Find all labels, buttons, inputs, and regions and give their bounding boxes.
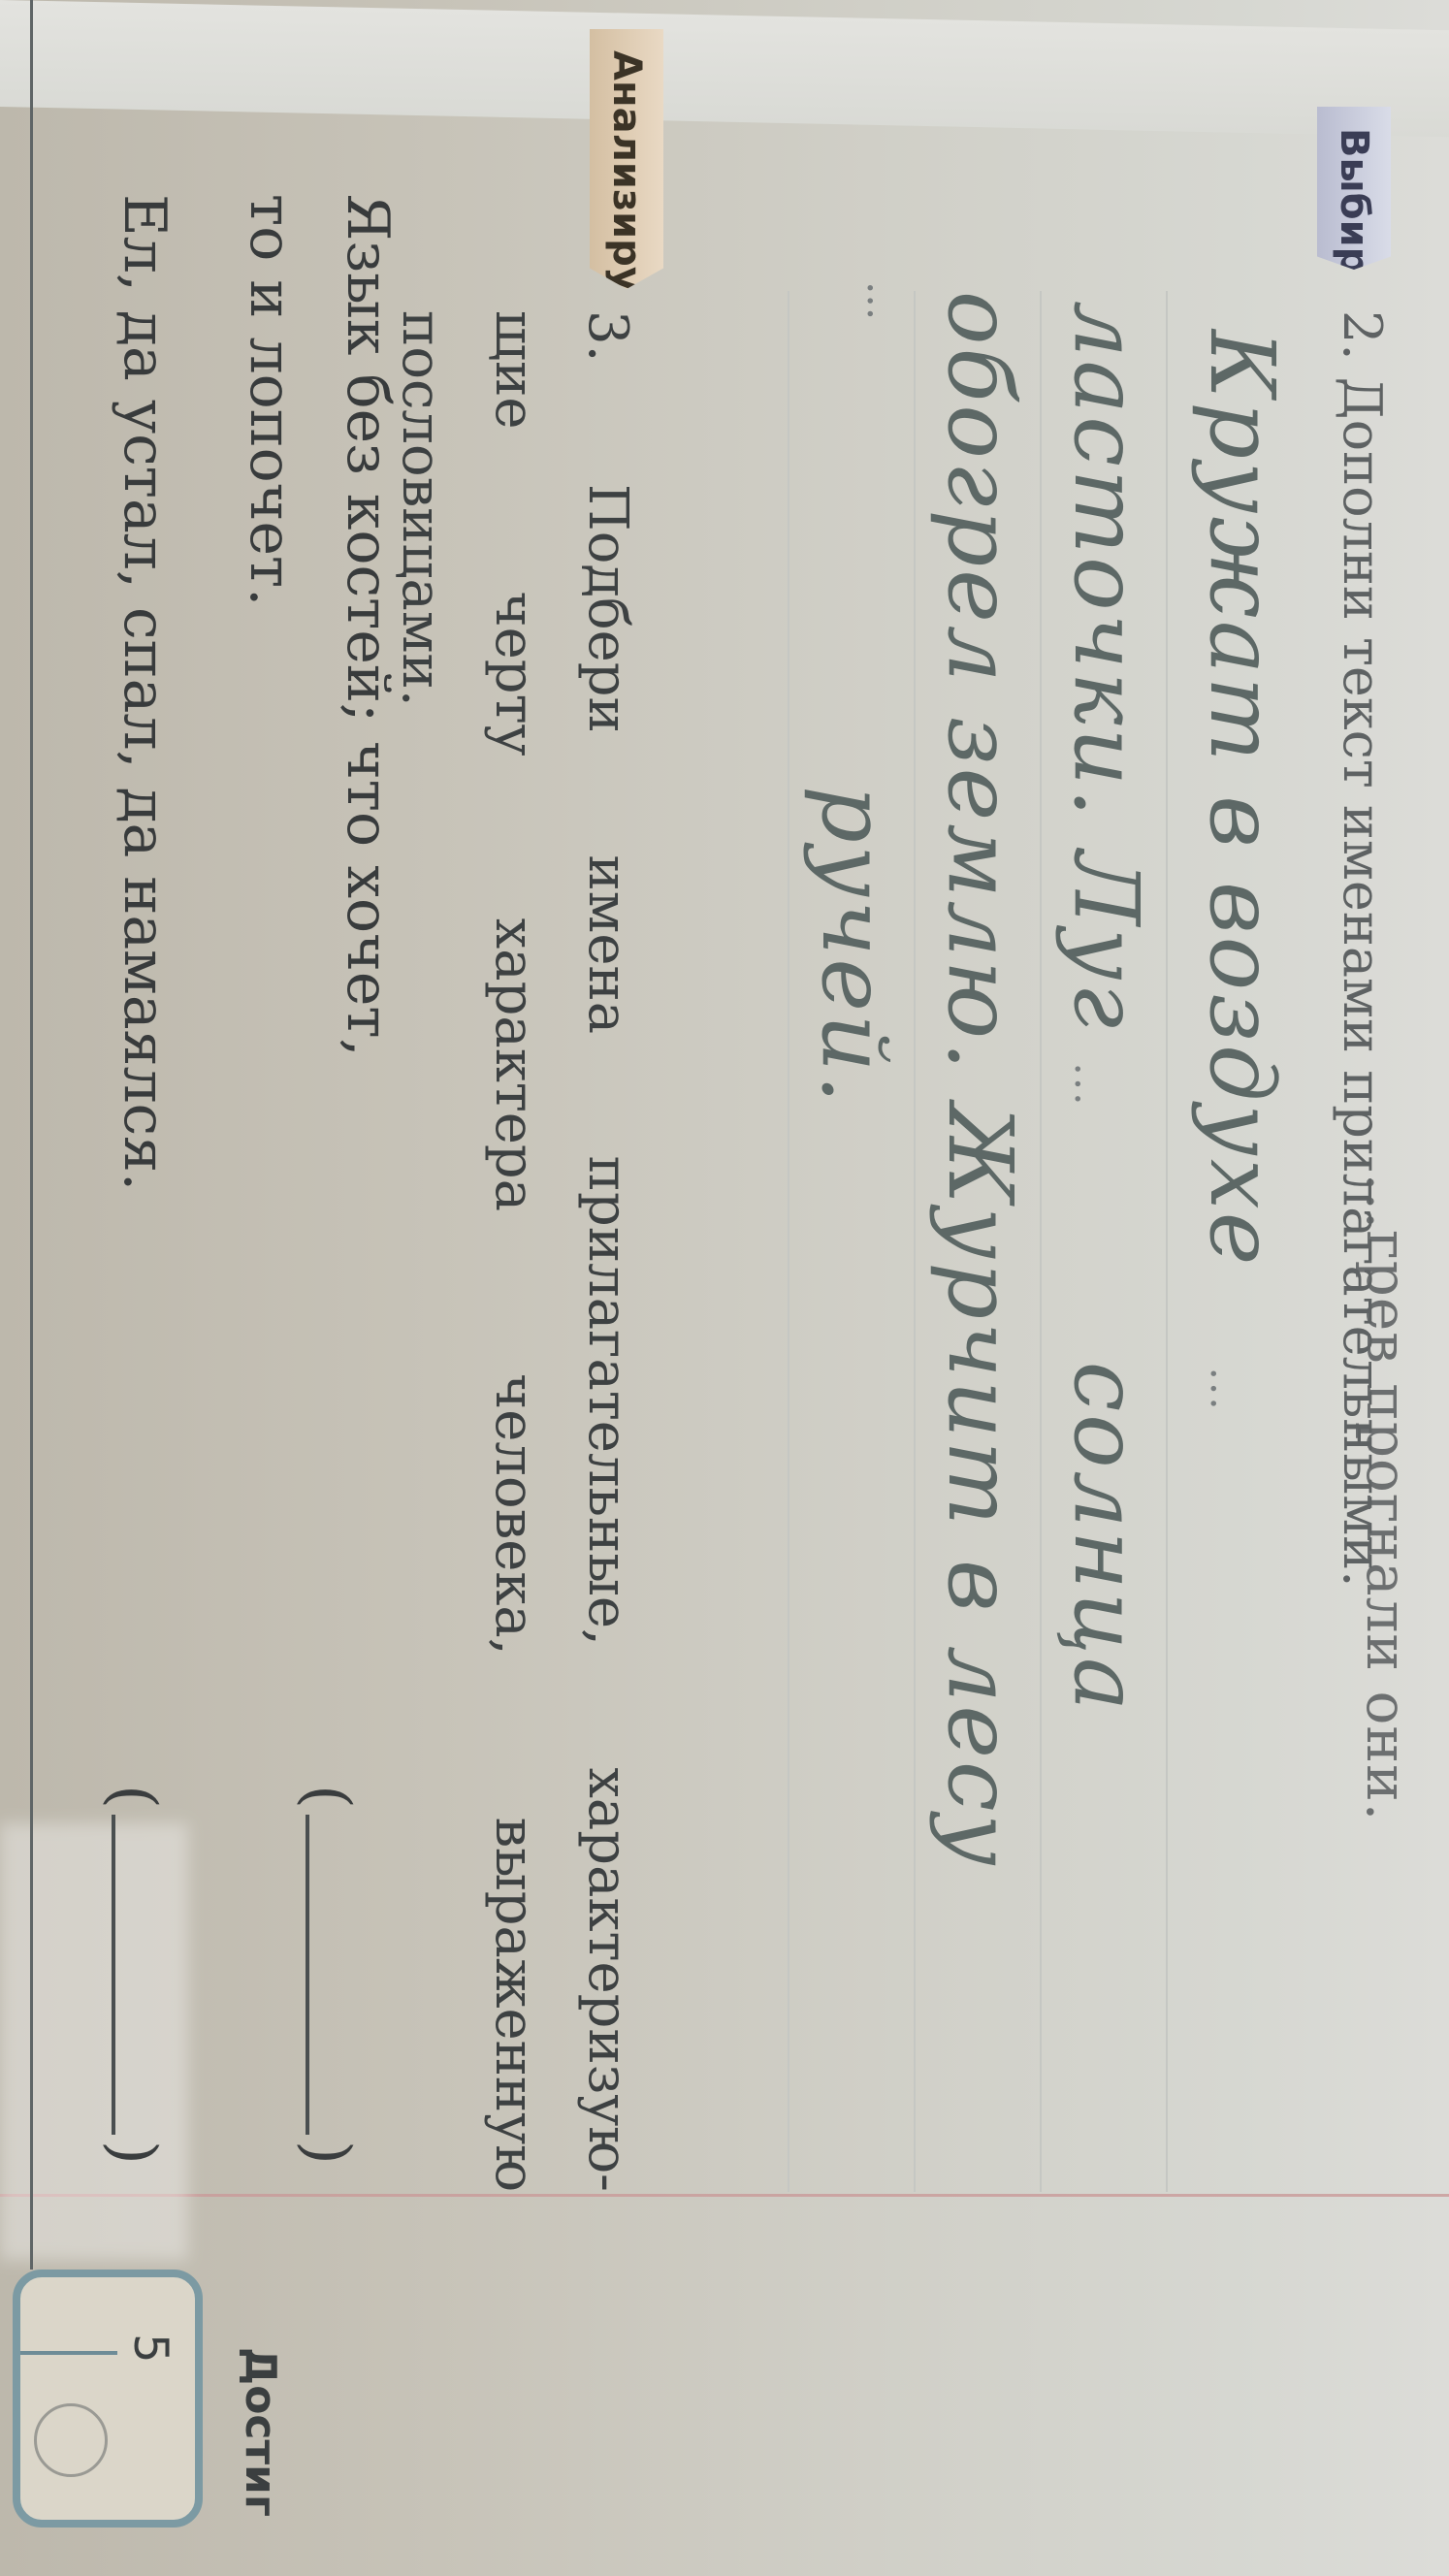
handwritten-line-4[interactable]: ручей. <box>802 786 906 1106</box>
arrow-icon <box>20 2351 117 2355</box>
answer-field-1[interactable]: ( ) <box>291 1785 363 2165</box>
achieve-label: Достиг <box>236 2347 285 2517</box>
answer-line[interactable] <box>306 1815 348 2135</box>
blank-placeholder: ... <box>858 281 906 320</box>
circle-checkbox[interactable] <box>34 2403 108 2477</box>
bracket-close: ) <box>291 2141 363 2165</box>
handwritten-text: ласточки. Луг <box>1054 301 1158 1031</box>
word: имена <box>561 854 654 1034</box>
margin-line <box>0 2194 1449 2197</box>
handwritten-line-3[interactable]: обогрел землю. Журчит в лесу <box>928 291 1032 1869</box>
answer-field-2[interactable]: ( ) <box>97 1785 169 2165</box>
ruled-line <box>1166 291 1168 2192</box>
handwritten-text: обогрел землю. Журчит в лесу <box>928 291 1032 1869</box>
word: Подбери <box>561 484 654 733</box>
exercise-2-task: 2. Дополни текст именами прилагательными… <box>1332 310 1393 1587</box>
task-line: щие черту характера человека, выраженную <box>467 310 561 2192</box>
tag-analyze: Анализируй! <box>590 29 663 289</box>
tag-choose: Выбирай! <box>1317 107 1391 270</box>
word: выраженную <box>467 1818 561 2192</box>
word: черту <box>467 592 561 757</box>
exercise-3-task: 3. Подбери имена прилагательные, характе… <box>374 310 654 2192</box>
workbook-page: ...грев прогнали они. Выбирай! 2. Дополн… <box>0 0 1449 2576</box>
bracket-close: ) <box>97 2141 169 2165</box>
handwritten-line-2[interactable]: ласточки. Луг ... солнца <box>1054 301 1158 1714</box>
word: человека, <box>467 1373 561 1655</box>
bracket-open: ( <box>97 1785 169 1809</box>
ruled-line <box>788 291 789 2192</box>
word: 3. <box>561 310 654 362</box>
bracket-open: ( <box>291 1785 363 1809</box>
handwritten-line-1[interactable]: Кружат в воздухе ... <box>1190 330 1294 1412</box>
handwritten-text: ручей. <box>802 786 906 1106</box>
word: характера <box>467 918 561 1212</box>
blank-placeholder: ... <box>1066 1062 1113 1107</box>
word: прилагательные, <box>561 1156 654 1646</box>
ruled-line <box>1040 291 1042 2192</box>
word: характеризую- <box>561 1767 654 2192</box>
handwritten-text: Кружат в воздухе <box>1190 330 1294 1268</box>
page-number: 5 <box>123 2334 177 2364</box>
self-assessment-box: 5 <box>13 2270 203 2528</box>
blank-placeholder: ... <box>1202 1368 1249 1412</box>
box-border <box>30 0 33 2270</box>
proverb-2: Ел, да устал, спал, да намаялся. <box>111 194 178 1191</box>
ruled-line <box>914 291 916 2192</box>
answer-line[interactable] <box>112 1815 154 2135</box>
word: щие <box>467 310 561 430</box>
handwritten-text: солнца <box>1054 1362 1158 1714</box>
proverb-1-line-2: то и лопочет. <box>237 194 305 606</box>
task-line: 3. Подбери имена прилагательные, характе… <box>561 310 654 2192</box>
proverb-1-line-1: Язык без костей; что хочет, <box>334 194 402 1057</box>
